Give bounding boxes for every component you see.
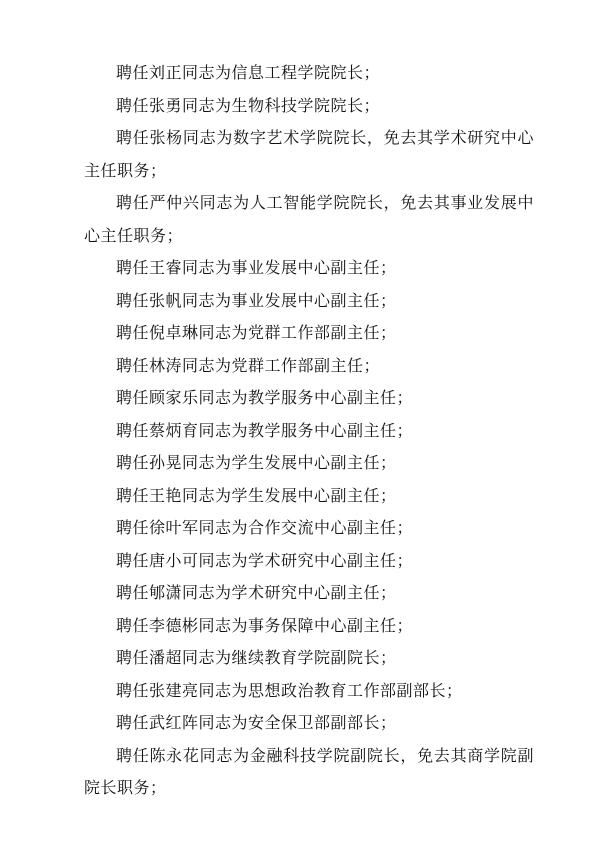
appointment-paragraph: 聘任王睿同志为事业发展中心副主任； xyxy=(84,253,534,286)
appointment-paragraph: 聘任张勇同志为生物科技学院院长； xyxy=(84,91,534,124)
appointment-paragraph: 聘任顾家乐同志为教学服务中心副主任； xyxy=(84,383,534,416)
appointment-paragraph: 聘任潘超同志为继续教育学院副院长； xyxy=(84,643,534,676)
appointment-paragraph: 聘任孙晃同志为学生发展中心副主任； xyxy=(84,448,534,481)
appointment-paragraph: 聘任唐小可同志为学术研究中心副主任； xyxy=(84,546,534,579)
appointment-paragraph: 聘任武红阵同志为安全保卫部副部长； xyxy=(84,708,534,741)
appointment-paragraph: 聘任张建亮同志为思想政治教育工作部副部长； xyxy=(84,676,534,709)
appointment-paragraph: 聘任刘正同志为信息工程学院院长； xyxy=(84,58,534,91)
appointment-paragraph: 聘任林涛同志为党群工作部副主任； xyxy=(84,351,534,384)
appointment-paragraph: 聘任张杨同志为数字艺术学院院长，免去其学术研究中心主任职务； xyxy=(84,123,534,188)
appointment-paragraph: 聘任王艳同志为学生发展中心副主任； xyxy=(84,481,534,514)
appointment-paragraph: 聘任倪卓琳同志为党群工作部副主任； xyxy=(84,318,534,351)
appointment-paragraph: 聘任张帆同志为事业发展中心副主任； xyxy=(84,286,534,319)
document-body: 聘任刘正同志为信息工程学院院长；聘任张勇同志为生物科技学院院长；聘任张杨同志为数… xyxy=(84,58,534,806)
document-page: 聘任刘正同志为信息工程学院院长；聘任张勇同志为生物科技学院院长；聘任张杨同志为数… xyxy=(0,0,604,852)
appointment-paragraph: 聘任李德彬同志为事务保障中心副主任； xyxy=(84,611,534,644)
appointment-paragraph: 聘任郇潇同志为学术研究中心副主任； xyxy=(84,578,534,611)
appointment-paragraph: 聘任严仲兴同志为人工智能学院院长，免去其事业发展中心主任职务； xyxy=(84,188,534,253)
appointment-paragraph: 聘任陈永花同志为金融科技学院副院长，免去其商学院副院长职务； xyxy=(84,741,534,806)
appointment-paragraph: 聘任蔡炳育同志为教学服务中心副主任； xyxy=(84,416,534,449)
appointment-paragraph: 聘任徐叶军同志为合作交流中心副主任； xyxy=(84,513,534,546)
